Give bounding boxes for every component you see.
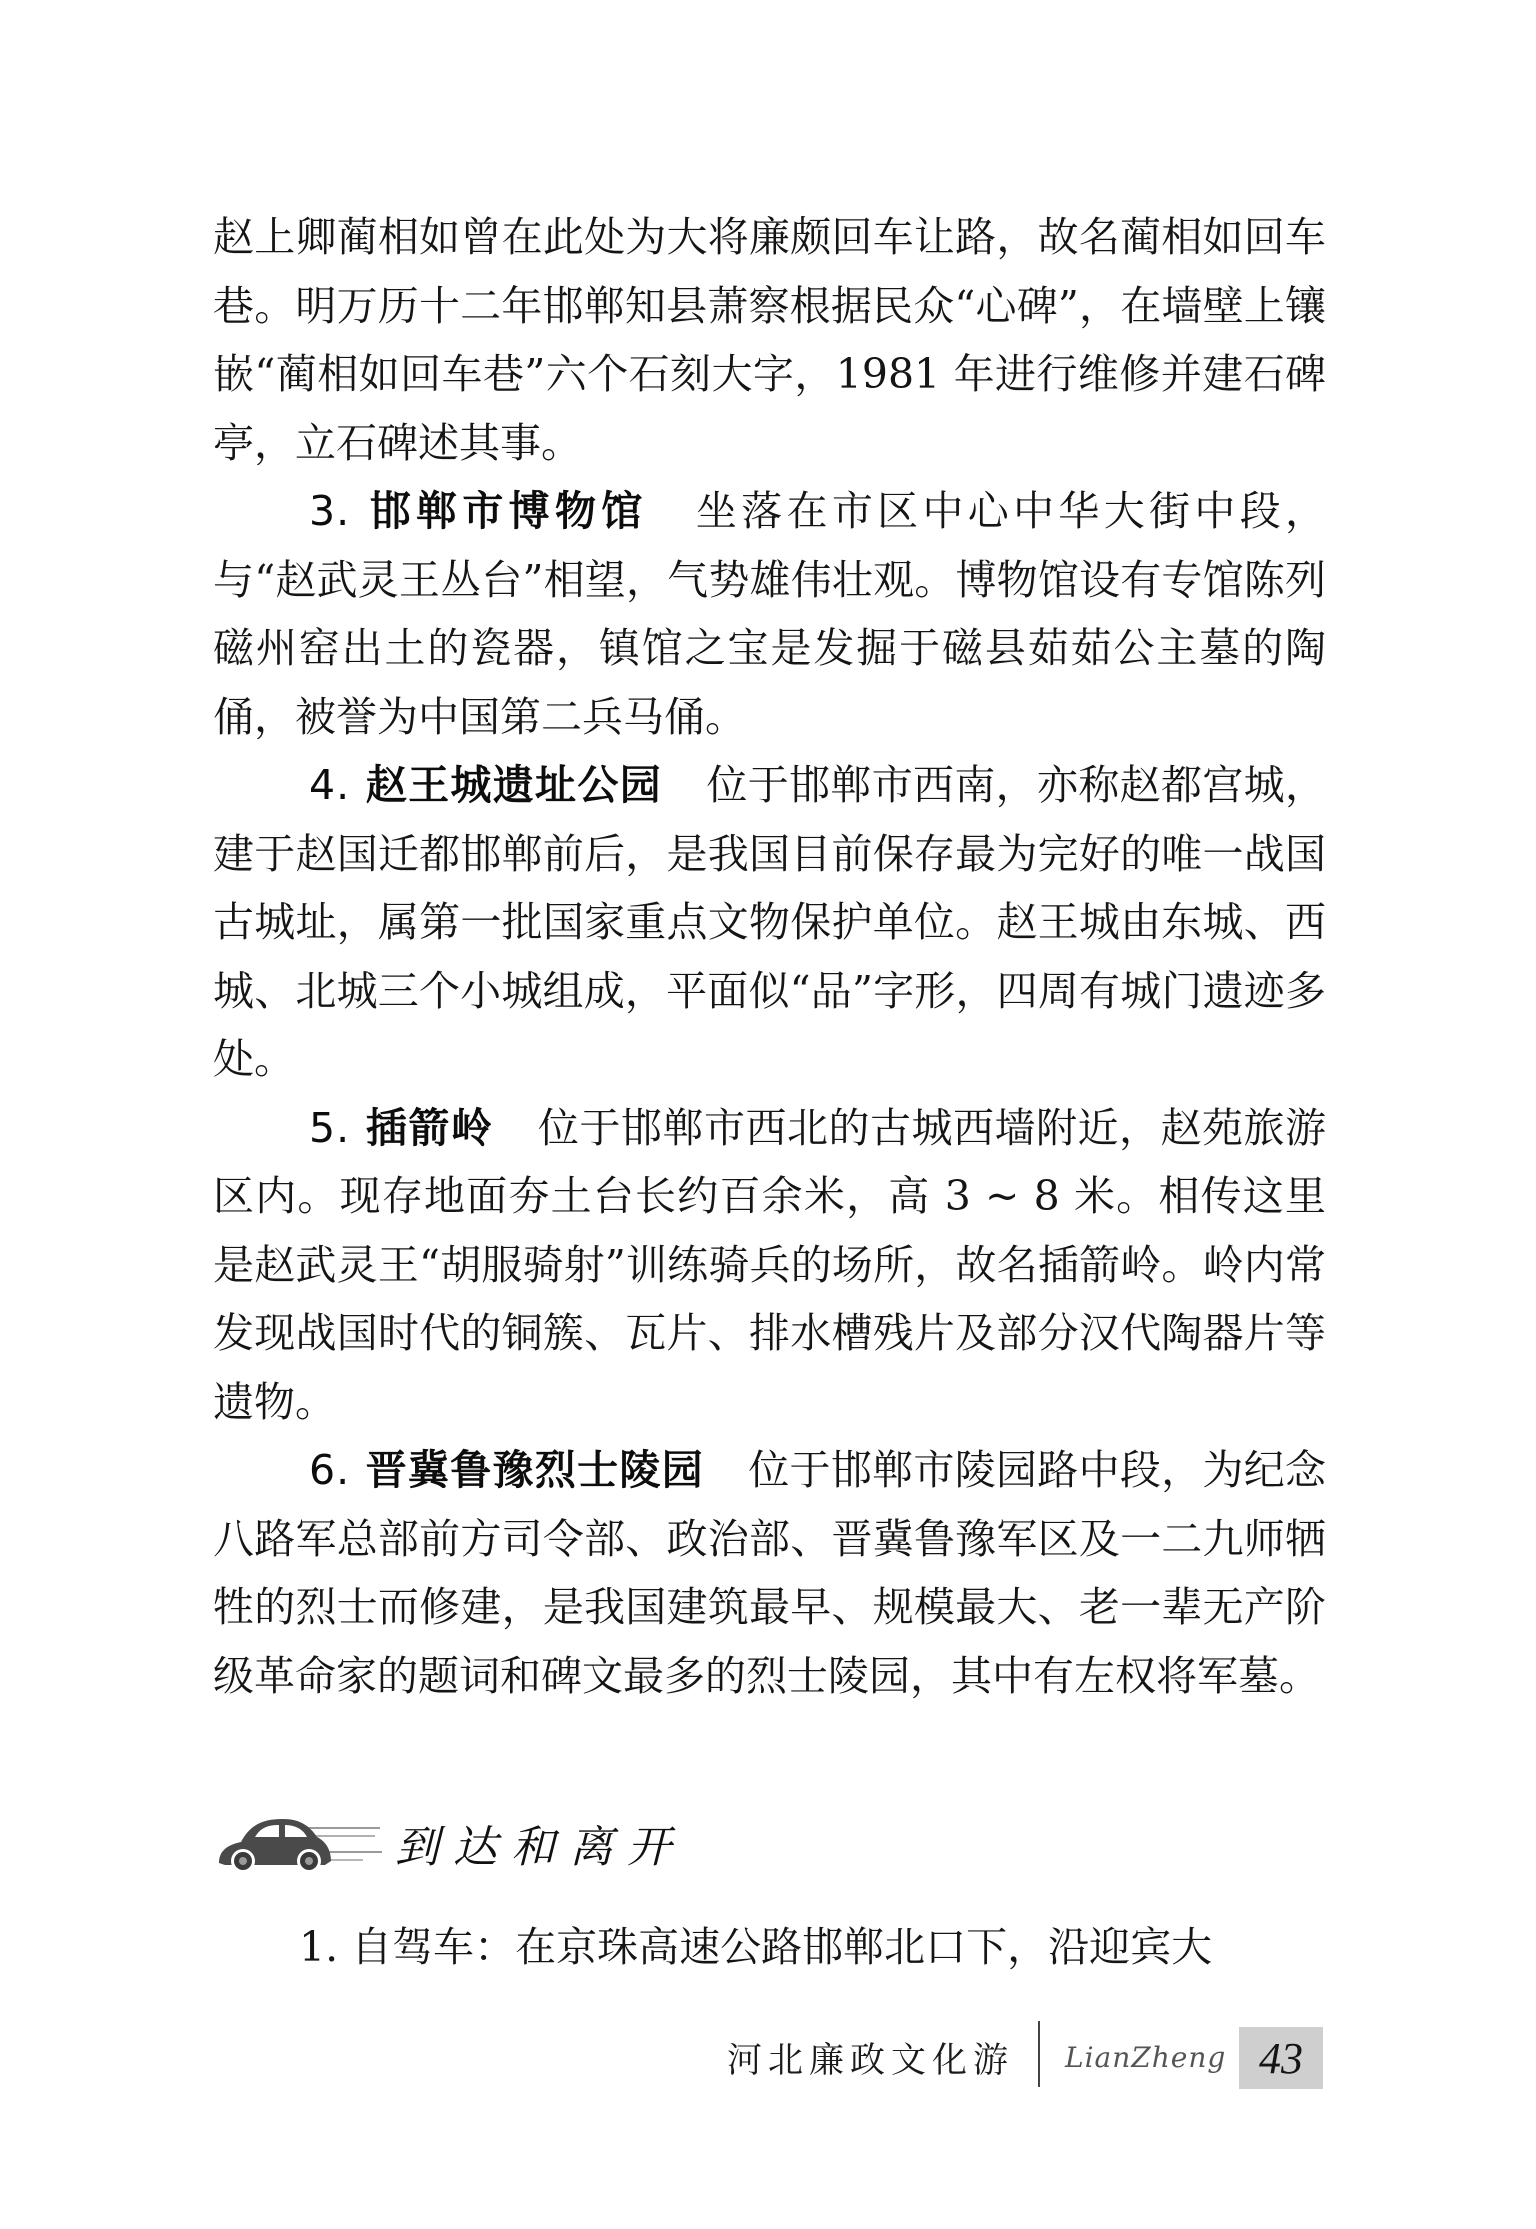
item-3-title: 邯郸市博物馆 — [370, 487, 648, 535]
page-body: 赵上卿蔺相如曾在此处为大将廉颇回车让路，故名蔺相如回车巷。明万历十二年邯郸知县萧… — [213, 203, 1326, 1710]
item-6-title: 晋冀鲁豫烈士陵园 — [366, 1446, 704, 1494]
transport-paragraph: 1. 自驾车：在京珠高速公路邯郸北口下，沿迎宾大 — [213, 1913, 1326, 1982]
script-label: LianZheng — [1065, 2041, 1226, 2074]
page-footer: 河北廉政文化游 LianZheng 43 — [0, 2027, 1536, 2091]
item-6-number: 6. — [309, 1446, 350, 1494]
section-heading: 到达和离开 — [213, 1808, 685, 1878]
item-3: 3. 邯郸市博物馆坐落在市区中心中华大街中段，与“赵武灵王丛台”相望，气势雄伟壮… — [213, 477, 1326, 751]
item-5-number: 5. — [309, 1104, 350, 1152]
item-5-heading: 5. 插箭岭 — [309, 1104, 493, 1152]
book-title: 河北廉政文化游 — [727, 2033, 1014, 2083]
item-4-title: 赵王城遗址公园 — [366, 761, 662, 809]
item-3-number: 3. — [309, 487, 350, 535]
item-3-heading: 3. 邯郸市博物馆 — [309, 487, 648, 535]
section-title: 到达和离开 — [395, 1811, 685, 1875]
item-4: 4. 赵王城遗址公园位于邯郸市西南，亦称赵都宫城，建于赵国迁都邯郸前后，是我国目… — [213, 751, 1326, 1094]
car-icon — [213, 1811, 383, 1875]
page-number: 43 — [1259, 2033, 1303, 2084]
page-number-box: 43 — [1239, 2027, 1323, 2089]
item-6: 6. 晋冀鲁豫烈士陵园位于邯郸市陵园路中段，为纪念八路军总部前方司令部、政治部、… — [213, 1436, 1326, 1710]
item-5: 5. 插箭岭位于邯郸市西北的古城西墙附近，赵苑旅游区内。现存地面夯土台长约百余米… — [213, 1094, 1326, 1437]
item-4-heading: 4. 赵王城遗址公园 — [309, 761, 662, 809]
footer-divider — [1038, 2021, 1040, 2087]
item-4-text: 位于邯郸市西南，亦称赵都宫城，建于赵国迁都邯郸前后，是我国目前保存最为完好的唯一… — [213, 761, 1326, 1083]
item-6-heading: 6. 晋冀鲁豫烈士陵园 — [309, 1446, 704, 1494]
book-page: 赵上卿蔺相如曾在此处为大将廉颇回车让路，故名蔺相如回车巷。明万历十二年邯郸知县萧… — [0, 0, 1536, 2229]
intro-paragraph: 赵上卿蔺相如曾在此处为大将廉颇回车让路，故名蔺相如回车巷。明万历十二年邯郸知县萧… — [213, 203, 1326, 477]
item-5-title: 插箭岭 — [366, 1104, 494, 1152]
item-4-number: 4. — [309, 761, 350, 809]
